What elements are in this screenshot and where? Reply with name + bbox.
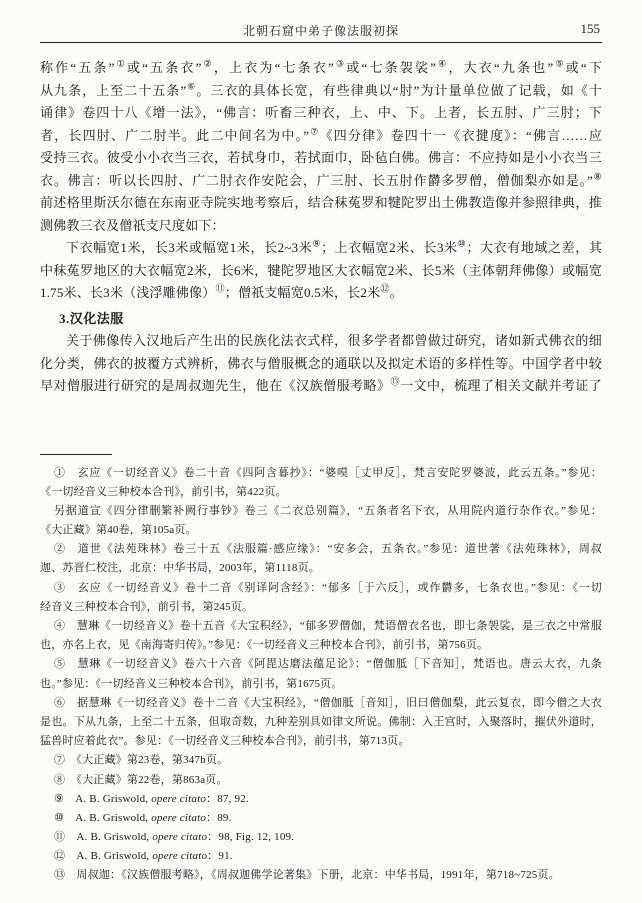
footnote-line: 也。”参见：《一切经音义三种校本合刊》，前引书，第1675页。 — [40, 675, 602, 694]
footnote-line: 《大正藏》第40卷，第105a页。 — [40, 521, 602, 540]
footnote-line: ① 玄应《一切经音义》卷二十音《四阿含暮抄》：“婆嗼［丈甲反］，梵言安陀罗婆波，… — [40, 464, 602, 483]
body-line: 早对僧服进行研究的是周叔迦先生，他在《汉族僧服考略》⑬一文中，梳理了相关文献并考… — [40, 375, 602, 398]
footnote-line: 《一切经音义三种校本合刊》，前引书，第422页。 — [40, 483, 602, 502]
section-heading: 3.汉化法服 — [40, 308, 602, 331]
footnote-citation-italic: opere citato — [152, 831, 207, 843]
footnote-line: 是也。下从九条，上至二十五条，但取奇数，九种差别具如律文所说。佛制：入王宫时，入… — [40, 713, 602, 732]
body-line: 诵律》卷四十八《增一法》，“佛言：听畜三种衣，上、中、下。上者，长五肘、广三肘；… — [40, 102, 602, 125]
footnote-citation-pre: ⑫ A. B. Griswold, — [54, 850, 152, 862]
footnote-separator — [40, 454, 112, 455]
footnote-citation-italic: opere citato — [151, 793, 206, 805]
body-line: 前述格里斯沃尔德在东南亚寺院实地考察后，结合秣菟罗和犍陀罗出土佛教造像并参照律典… — [40, 192, 602, 215]
body-line: 者，长四肘、广二肘半。此二中间名为中。”⑦《四分律》卷四十一《衣揵度》：“佛言…… — [40, 125, 602, 148]
body-line: 1.75米、长3米（浅浮雕佛像）⑪；僧祇支幅宽0.5米，长2米⑫。 — [40, 282, 602, 305]
body-line: 从九条，上至二十五条”⑥。三衣的具体长宽，有些律典以“肘”为计量单位做了记载，如… — [40, 80, 602, 103]
body-line: 测佛教三衣及僧祇支尺度如下： — [40, 215, 602, 238]
footnote-line: 另据道宣《四分律删繁补阙行事钞》卷三《二衣总别篇》，“五条者名下衣，从用院内道行… — [40, 502, 602, 521]
footnote-citation-italic: opere citato — [152, 850, 207, 862]
body-line: 化分类，佛衣的披覆方式辨析，佛衣与僧服概念的通联以及拟定术语的多样性等。中国学者… — [40, 353, 602, 376]
footnote-citation-pre: ⑩ A. B. Griswold, — [54, 812, 151, 824]
footnote-citation-post: ：98, Fig. 12, 109. — [207, 831, 294, 843]
footnote-line: ⑪ A. B. Griswold, opere citato：98, Fig. … — [40, 828, 602, 847]
footnote-line: ② 道世《法苑珠林》卷三十五《法服篇·感应缘》：“安多会，五条衣。”参见：道世著… — [40, 540, 602, 559]
footnote-citation-post: ：87, 92. — [206, 793, 249, 805]
page: 北朝石窟中弟子像法服初探 155 称作“五条”①或“五条衣”②，上衣为“七条衣”… — [0, 0, 642, 903]
body-line: 衣。佛言：听以长四肘、广二肘衣作安陀会，广三肘、长五肘作欝多罗僧，僧伽梨亦如是。… — [40, 170, 602, 193]
footnotes: ① 玄应《一切经音义》卷二十音《四阿含暮抄》：“婆嗼［丈甲反］，梵言安陀罗婆波，… — [40, 464, 602, 886]
footnote-line: 猛兽时应着此衣”。参见：《一切经音义三种校本合刊》，前引书，第713页。 — [40, 732, 602, 751]
footnote-citation-post: ：91. — [207, 850, 233, 862]
footnote-line: ④ 慧琳《一切经音义》卷十五音《大宝积经》，“郁多罗僧伽，梵语僧衣名也，即七条袈… — [40, 617, 602, 636]
body-line: 下衣幅宽1米，长3米或幅宽1米，长2~3米⑨；上衣幅宽2米、长3米⑩；大衣有地域… — [40, 237, 602, 260]
footnote-line: ⑥ 据慧琳《一切经音义》卷十二音《大宝积经》，“僧伽胝［音知］，旧曰僧伽梨，此云… — [40, 694, 602, 713]
header-title: 北朝石窟中弟子像法服初探 — [40, 22, 602, 39]
footnote-line: 经音义三种校本合刊》，前引书，第245页。 — [40, 598, 602, 617]
footnote-citation-pre: ⑪ A. B. Griswold, — [54, 831, 152, 843]
footnote-line: ⑨ A. B. Griswold, opere citato：87, 92. — [40, 790, 602, 809]
footnote-line: ⑤ 慧琳《一切经音义》卷六十六音《阿毘达磨法蕴足论》：“僧伽胝［下音知］，梵语也… — [40, 655, 602, 674]
footnote-citation-post: ：89. — [206, 812, 232, 824]
footnote-line: ⑦ 《大正藏》第23卷，第347b页。 — [40, 751, 602, 770]
body-line: 受持三衣。彼受小小衣当三衣，若拭身巾，若拭面巾，卧毡白佛。佛言：不应持如是小小衣… — [40, 147, 602, 170]
footnote-line: ⑬ 周叔迦：《汉族僧服考略》，《周叔迦佛学论著集》下册，北京：中华书局，1991… — [40, 866, 602, 885]
footnote-line: ⑩ A. B. Griswold, opere citato：89. — [40, 809, 602, 828]
footnote-line: 迦、苏晋仁校注，北京：中华书局，2003年，第1118页。 — [40, 559, 602, 578]
footnote-line: 也，亦名上衣，见《南海寄归传》。”参见：《一切经音义三种校本合刊》，前引书，第7… — [40, 636, 602, 655]
footnote-line: ③ 玄应《一切经音义》卷十二音《别译阿含经》：“郁多［于六反］，或作欝多，七条衣… — [40, 579, 602, 598]
body-line: 称作“五条”①或“五条衣”②，上衣为“七条衣”③或“七条袈裟”④，大衣“九条也”… — [40, 57, 602, 80]
page-number: 155 — [581, 21, 601, 37]
running-header: 北朝石窟中弟子像法服初探 155 — [40, 20, 602, 43]
footnote-citation-italic: opere citato — [151, 812, 206, 824]
footnote-citation-pre: ⑨ A. B. Griswold, — [54, 793, 151, 805]
body-line: 关于佛像传入汉地后产生出的民族化法衣式样，很多学者都曾做过研究，诸如新式佛衣的细 — [40, 330, 602, 353]
footnote-line: ⑫ A. B. Griswold, opere citato：91. — [40, 847, 602, 866]
footnote-line: ⑧ 《大正藏》第22卷，第863a页。 — [40, 771, 602, 790]
body-text: 称作“五条”①或“五条衣”②，上衣为“七条衣”③或“七条袈裟”④，大衣“九条也”… — [40, 57, 602, 398]
body-line: 中秣菟罗地区的大衣幅宽2米，长6米，犍陀罗地区大衣幅宽2米、长5米（主体朝拜佛像… — [40, 260, 602, 283]
